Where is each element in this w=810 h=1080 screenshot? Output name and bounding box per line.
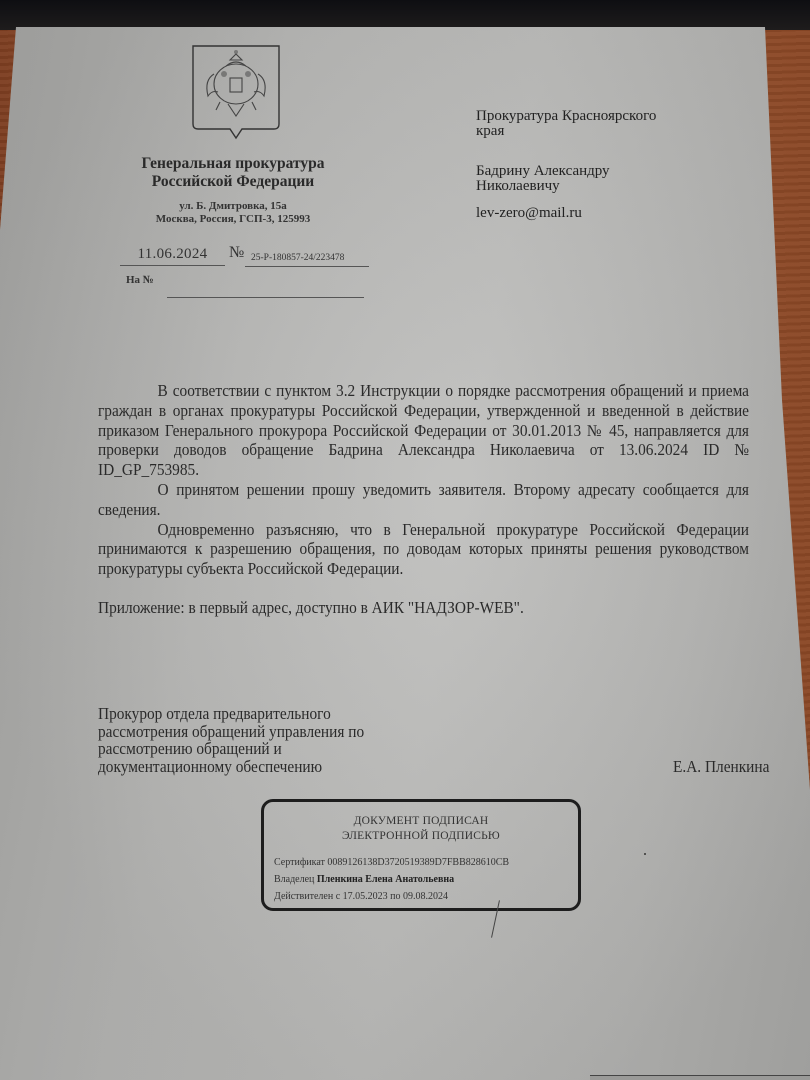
document-date: 11.06.2024 — [120, 246, 225, 266]
stamp-owner: Владелец Пленкина Елена Анатольевна — [274, 874, 454, 885]
recipient2-line2: Николаевичу — [476, 179, 610, 194]
recipient-email: lev-zero@mail.ru — [476, 206, 582, 221]
recipient-prosecutor-office: Прокуратура Красноярского края — [476, 109, 656, 139]
organization-address: ул. Б. Дмитровка, 15а Москва, Россия, ГС… — [118, 200, 348, 226]
number-label: № — [229, 244, 244, 262]
valid-from: 17.05.2023 — [343, 891, 388, 902]
address-line1: ул. Б. Дмитровка, 15а — [118, 200, 348, 213]
electronic-signature-stamp: ДОКУМЕНТ ПОДПИСАН ЭЛЕКТРОННОЙ ПОДПИСЬЮ С… — [261, 799, 581, 911]
owner-value: Пленкина Елена Анатольевна — [317, 874, 454, 885]
body-paragraph-1: В соответствии с пунктом 3.2 Инструкции … — [98, 381, 749, 480]
title-line3: рассмотрению обращений и — [98, 740, 470, 758]
valid-to-label: по — [390, 891, 400, 902]
registration-number: 25-Р-180857-24/223478 — [245, 253, 369, 267]
valid-to: 09.08.2024 — [403, 891, 448, 902]
stamp-validity: Действителен с 17.05.2023 по 09.08.2024 — [274, 891, 448, 902]
reply-to-label: На № — [126, 274, 154, 286]
body-paragraph-2: О принятом решении прошу уведомить заяви… — [98, 480, 749, 520]
stamp-certificate: Сертификат 0089126138D3720519389D7FBB828… — [274, 857, 509, 868]
org-name-line2: Российской Федерации — [118, 173, 348, 191]
certificate-label: Сертификат — [274, 857, 325, 868]
coat-of-arms-icon — [190, 44, 282, 142]
recipient1-line2: края — [476, 124, 656, 139]
org-name-line1: Генеральная прокуратура — [118, 155, 348, 173]
signatory-title: Прокурор отдела предварительного рассмот… — [98, 705, 470, 775]
valid-label: Действителен с — [274, 891, 340, 902]
title-line4: документационному обеспечению — [98, 758, 470, 776]
recipient-applicant: Бадрину Александру Николаевичу — [476, 164, 610, 194]
recipient1-line1: Прокуратура Красноярского — [476, 109, 656, 124]
title-line1: Прокурор отдела предварительного — [98, 705, 470, 723]
dark-background-band — [0, 0, 810, 30]
certificate-value: 0089126138D3720519389D7FBB828610CB — [327, 857, 509, 868]
signatory-name: Е.А. Пленкина — [673, 757, 769, 777]
stamp-heading-line2: ЭЛЕКТРОННОЙ ПОДПИСЬЮ — [264, 830, 578, 842]
stamp-heading-line1: ДОКУМЕНТ ПОДПИСАН — [264, 815, 578, 827]
attachment-note: Приложение: в первый адрес, доступно в А… — [98, 598, 749, 618]
organization-name: Генеральная прокуратура Российской Федер… — [118, 155, 348, 191]
letter-body: В соответствии с пунктом 3.2 Инструкции … — [98, 381, 749, 618]
owner-label: Владелец — [274, 874, 314, 885]
object-under-paper — [590, 1075, 810, 1080]
recipient2-line1: Бадрину Александру — [476, 164, 610, 179]
title-line2: рассмотрения обращений управления по — [98, 723, 470, 741]
address-line2: Москва, Россия, ГСП-3, 125993 — [118, 213, 348, 226]
ink-dot — [644, 853, 646, 855]
body-paragraph-3: Одновременно разъясняю, что в Генерально… — [98, 520, 749, 579]
reply-to-blank-line — [167, 297, 364, 298]
